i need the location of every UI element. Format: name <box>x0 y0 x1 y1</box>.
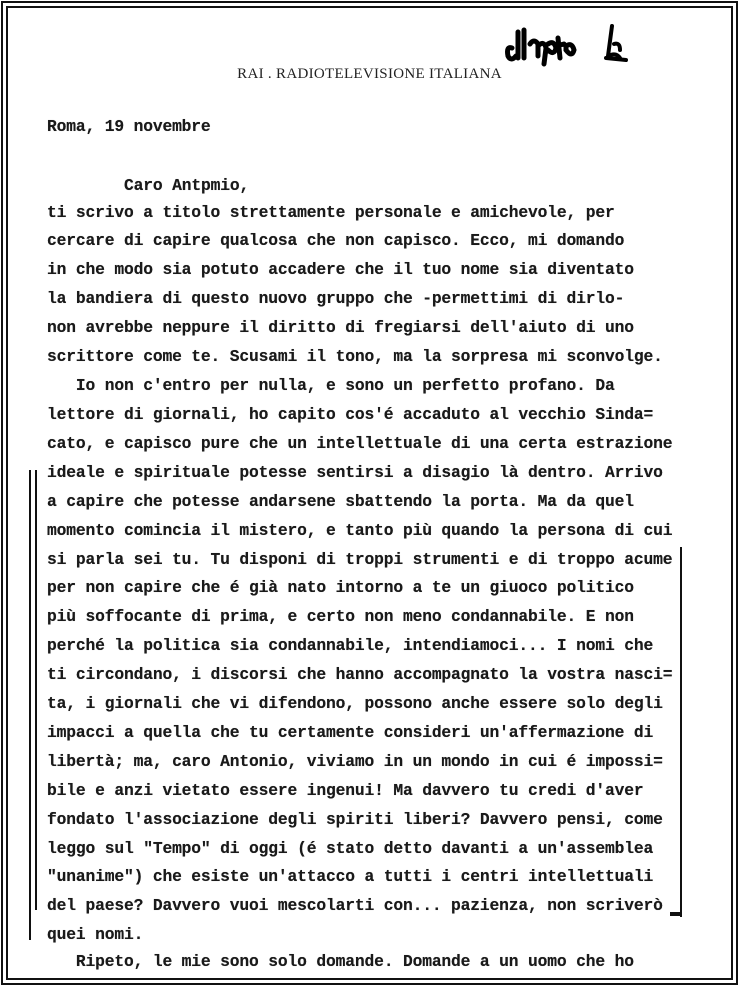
body-line: ideale e spirituale potesse sentirsi a d… <box>47 463 663 482</box>
body-line: scrittore come te. Scusami il tono, ma l… <box>47 347 663 366</box>
date-line: Roma, 19 novembre <box>47 117 211 136</box>
margin-line-left-outer <box>29 470 31 940</box>
body-line: per non capire che é già nato intorno a … <box>47 578 634 597</box>
body-line: Ripeto, le mie sono solo domande. Domand… <box>47 952 634 971</box>
body-line: leggo sul "Tempo" di oggi (é stato detto… <box>47 839 653 858</box>
body-line: fondato l'associazione degli spiriti lib… <box>47 810 663 829</box>
body-line: del paese? Davvero vuoi mescolarti con..… <box>47 896 663 915</box>
body-line: bile e anzi vietato essere ingenui! Ma d… <box>47 781 643 800</box>
body-line: più soffocante di prima, e certo non men… <box>47 607 634 626</box>
body-line: cercare di capire qualcosa che non capis… <box>47 231 624 250</box>
salutation: Caro Antpmio, <box>124 176 249 195</box>
margin-line-right-end <box>670 912 682 916</box>
handwritten-annotation-icon <box>500 18 645 73</box>
body-line: "unanime") che esiste un'attacco a tutti… <box>47 867 653 886</box>
body-line: lettore di giornali, ho capito cos'é acc… <box>47 405 653 424</box>
body-line: cato, e capisco pure che un intellettual… <box>47 434 672 453</box>
margin-line-left-inner <box>35 470 37 910</box>
body-line: si parla sei tu. Tu disponi di troppi st… <box>47 550 672 569</box>
body-line: a capire che potesse andarsene sbattendo… <box>47 492 634 511</box>
body-line: non avrebbe neppure il diritto di fregia… <box>47 318 634 337</box>
body-line: Io non c'entro per nulla, e sono un perf… <box>47 376 615 395</box>
body-line: la bandiera di questo nuovo gruppo che -… <box>47 289 624 308</box>
body-line: in che modo sia potuto accadere che il t… <box>47 260 634 279</box>
margin-line-right <box>680 547 682 917</box>
body-line: perché la politica sia condannabile, int… <box>47 636 653 655</box>
body-line: ta, i giornali che vi difendono, possono… <box>47 694 663 713</box>
body-line: impacci a quella che tu certamente consi… <box>47 723 653 742</box>
body-line: ti scrivo a titolo strettamente personal… <box>47 203 615 222</box>
body-line: quei nomi. <box>47 925 143 944</box>
body-line: libertà; ma, caro Antonio, viviamo in un… <box>47 752 663 771</box>
body-line: momento comincia il mistero, e tanto più… <box>47 521 672 540</box>
body-line: ti circondano, i discorsi che hanno acco… <box>47 665 672 684</box>
